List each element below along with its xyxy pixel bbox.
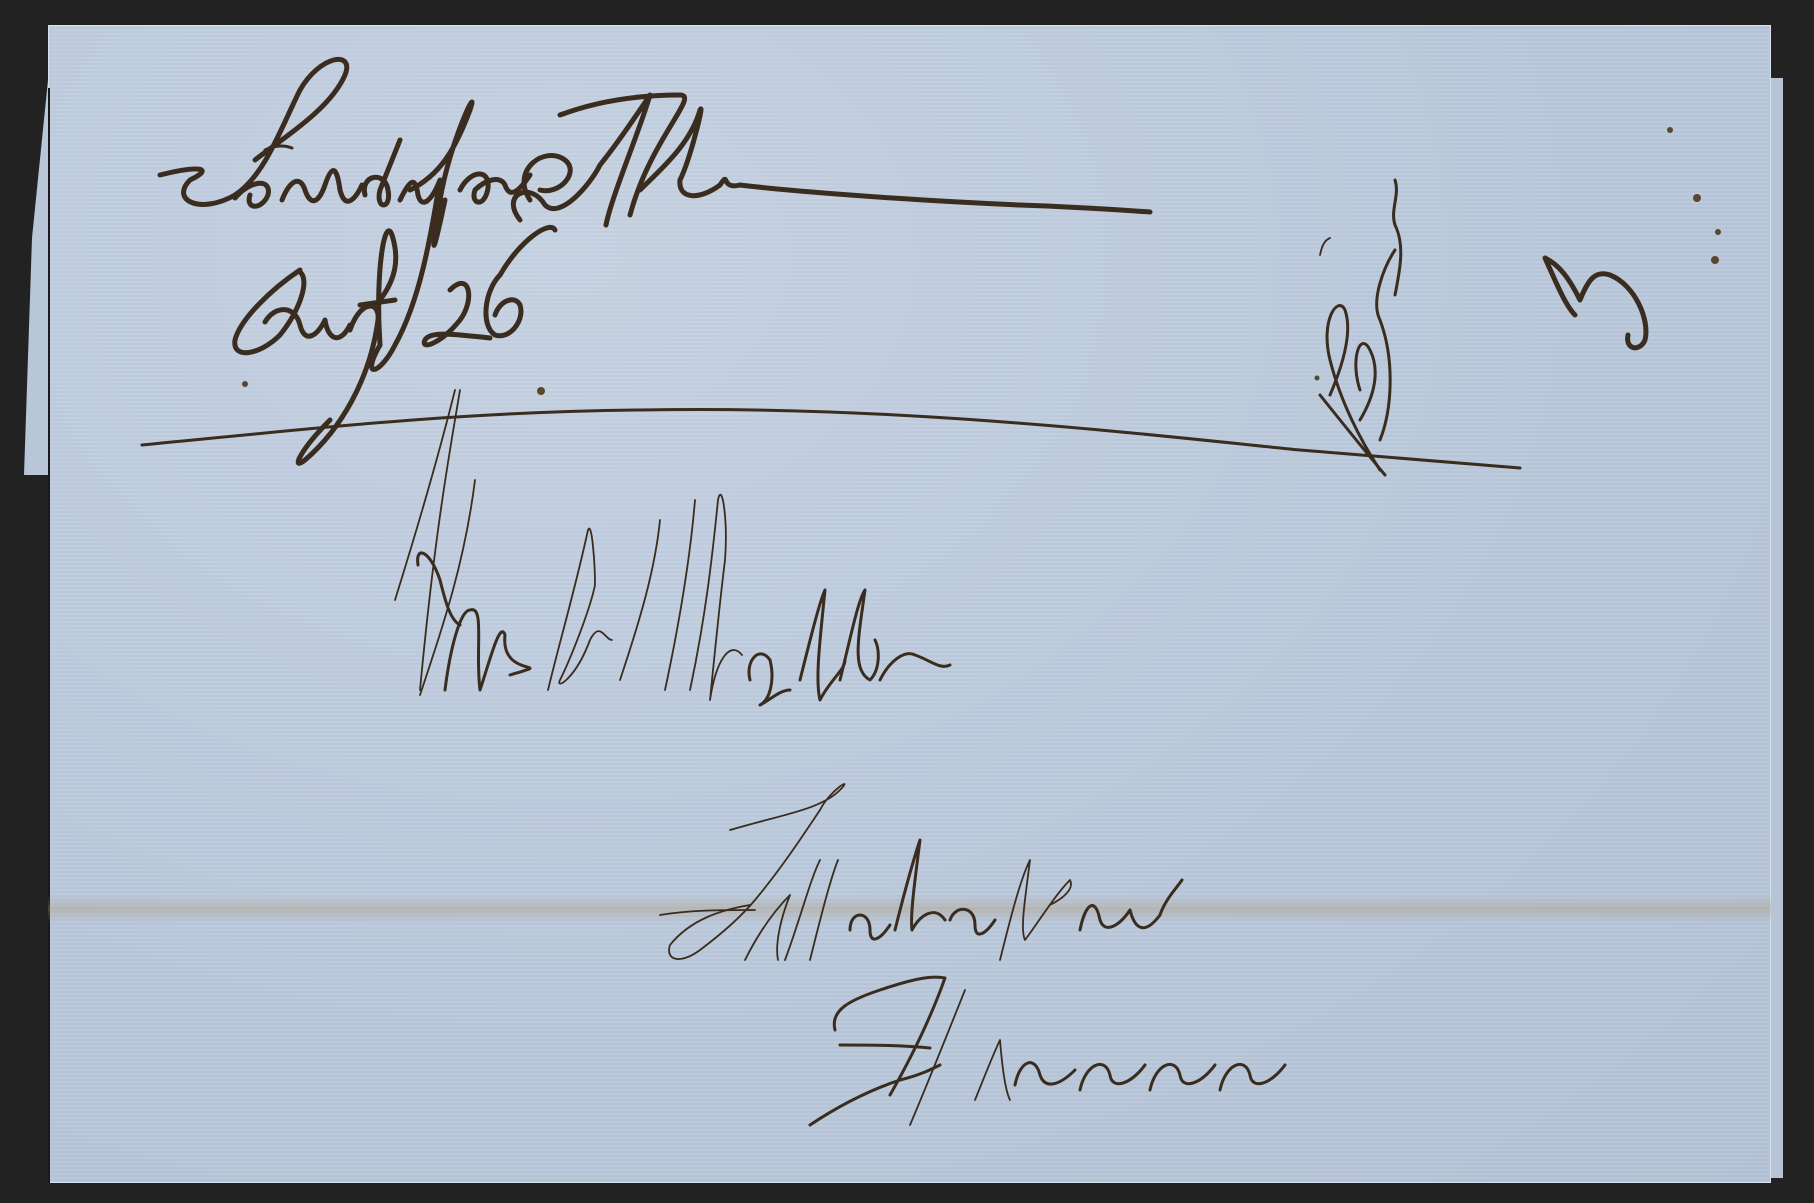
addressee-state-script — [810, 977, 1285, 1125]
addressee-city-script — [660, 784, 1182, 960]
foxing-spots — [242, 127, 1721, 395]
paid-marking-script — [1315, 180, 1401, 475]
addressee-name-script — [395, 390, 950, 705]
handwriting-ink — [0, 0, 1814, 1203]
origin-town-script — [160, 59, 1150, 369]
scan-background: Sandy ford Fla Augt 26 Paid 3 Hon D S Wa… — [0, 0, 1814, 1203]
underline-stroke — [142, 409, 1520, 468]
rate-amount-script — [1545, 258, 1646, 348]
